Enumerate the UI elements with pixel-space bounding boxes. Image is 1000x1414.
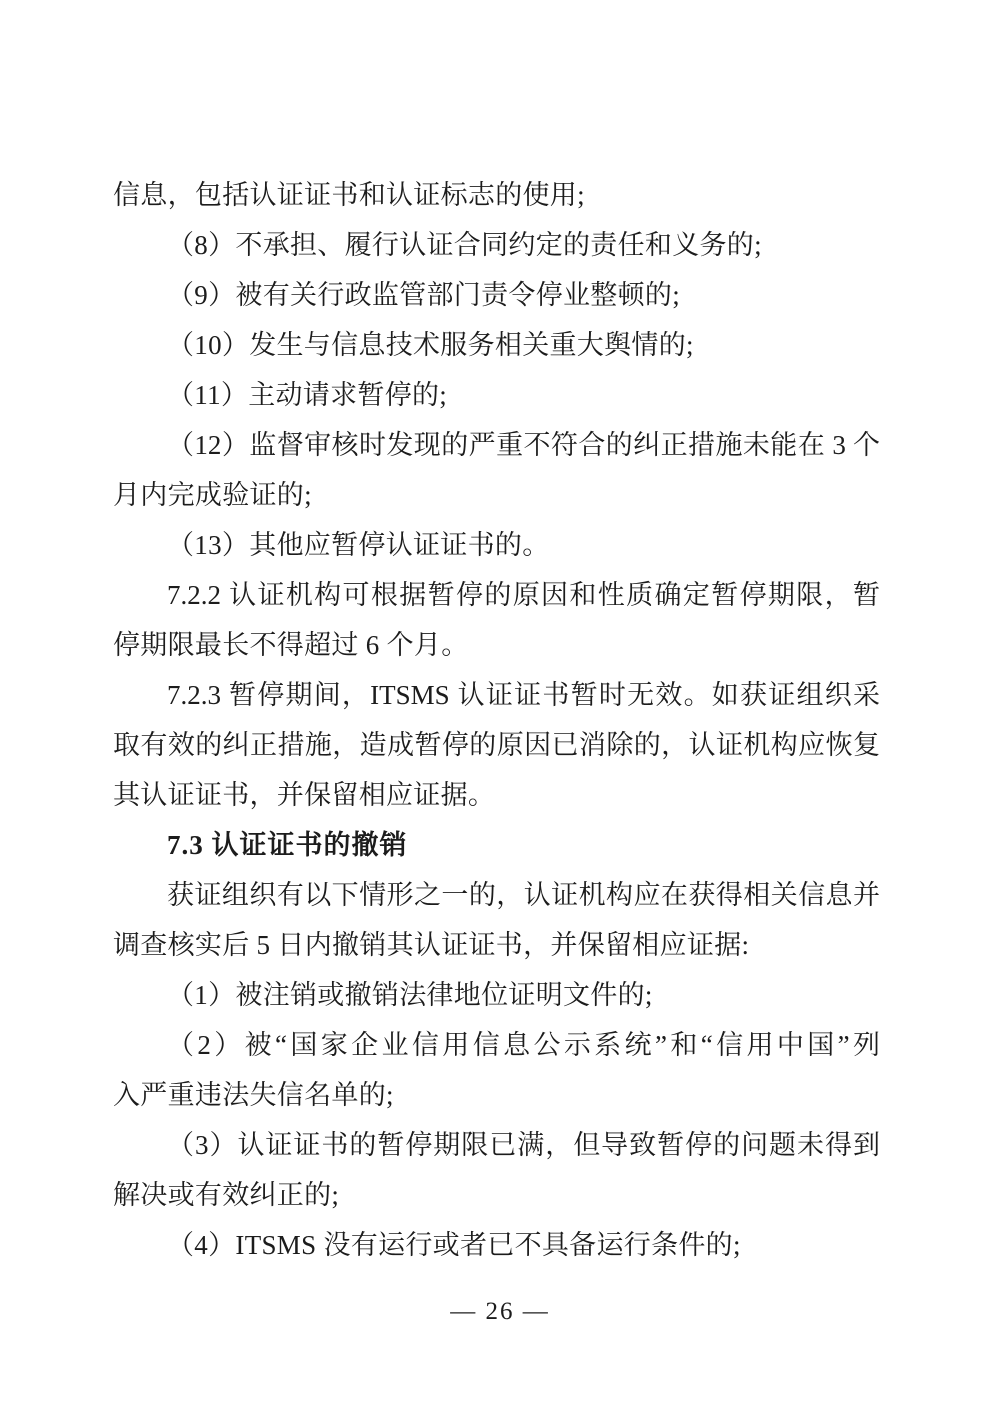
text-line: 入严重违法失信名单的;: [113, 1070, 880, 1120]
section-heading: 7.3 认证证书的撤销: [113, 820, 880, 870]
text-line: 解决或有效纠正的;: [113, 1170, 880, 1220]
text-line: （2）被“国家企业信用信息公示系统”和“信用中国”列: [113, 1020, 880, 1070]
text-line: 获证组织有以下情形之一的，认证机构应在获得相关信息并: [113, 870, 880, 920]
text-line: 取有效的纠正措施，造成暂停的原因已消除的，认证机构应恢复: [113, 720, 880, 770]
text-line: （10）发生与信息技术服务相关重大舆情的;: [113, 320, 880, 370]
text-line: 月内完成验证的;: [113, 470, 880, 520]
page-number: — 26 —: [0, 1290, 1000, 1334]
text-line: 7.2.3 暂停期间，ITSMS 认证证书暂时无效。如获证组织采: [113, 670, 880, 720]
text-line: 停期限最长不得超过 6 个月。: [113, 620, 880, 670]
text-line: 调查核实后 5 日内撤销其认证证书，并保留相应证据:: [113, 920, 880, 970]
text-line: （11）主动请求暂停的;: [113, 370, 880, 420]
text-line: （8）不承担、履行认证合同约定的责任和义务的;: [113, 220, 880, 270]
text-line: 7.2.2 认证机构可根据暂停的原因和性质确定暂停期限，暂: [113, 570, 880, 620]
document-page: 信息，包括认证证书和认证标志的使用;（8）不承担、履行认证合同约定的责任和义务的…: [0, 0, 1000, 1414]
text-line: 信息，包括认证证书和认证标志的使用;: [113, 170, 880, 220]
text-line: （13）其他应暂停认证证书的。: [113, 520, 880, 570]
text-line: （4）ITSMS 没有运行或者已不具备运行条件的;: [113, 1220, 880, 1270]
text-line: （1）被注销或撤销法律地位证明文件的;: [113, 970, 880, 1020]
text-line: （9）被有关行政监管部门责令停业整顿的;: [113, 270, 880, 320]
text-block: 信息，包括认证证书和认证标志的使用;（8）不承担、履行认证合同约定的责任和义务的…: [113, 170, 880, 1270]
text-line: 其认证证书，并保留相应证据。: [113, 770, 880, 820]
text-line: （12）监督审核时发现的严重不符合的纠正措施未能在 3 个: [113, 420, 880, 470]
text-line: （3）认证证书的暂停期限已满，但导致暂停的问题未得到: [113, 1120, 880, 1170]
